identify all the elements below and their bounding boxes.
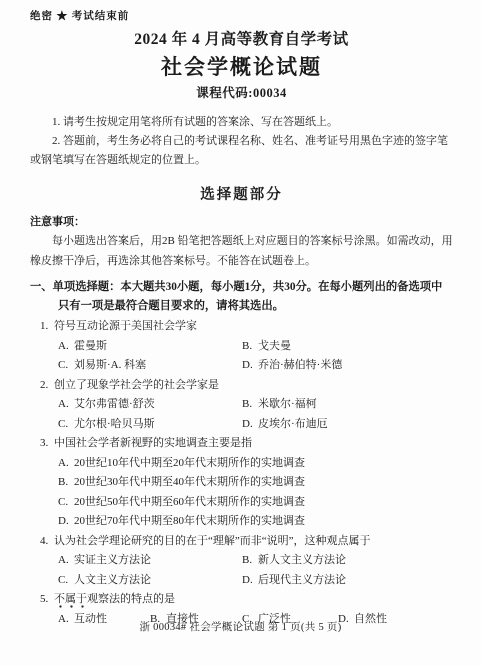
- question-number: 5.: [40, 590, 54, 610]
- question-3: 3.中国社会学者新视野的实地调查主要是指 A.20世纪10年代中期至20年代末期…: [40, 434, 453, 532]
- question-2: 2.创立了现象学社会学的社会学家是 A.艾尔弗雷德·舒茨 B.米歇尔·福柯 C.…: [40, 376, 453, 435]
- option-d: D.后现代主义方法论: [242, 571, 453, 591]
- option-grid: A.20世纪10年代中期至20年代末期所作的实地调查 B.20世纪30年代中期至…: [58, 454, 453, 532]
- section-title: 选择题部分: [30, 183, 453, 204]
- option-c: C.刘易斯·A. 科塞: [58, 356, 242, 376]
- question-stem-emphasized: 不属于: [54, 593, 87, 608]
- option-d: D.20世纪70年代中期至80年代末期所作的实地调查: [58, 512, 453, 532]
- part-one-heading: 一、单项选择题：本大题共30小题，每小题1分，共30分。在每小题列出的备选项中只…: [30, 278, 453, 316]
- exam-subject-title: 社会学概论试题: [30, 51, 453, 81]
- option-grid: A.实证主义方法论 B.新人文主义方法论 C.人文主义方法论 D.后现代主义方法…: [58, 551, 453, 590]
- question-number: 1.: [40, 317, 54, 337]
- page-content: 绝密 ★ 考试结束前 2024 年 4 月高等教育自学考试 社会学概论试题 课程…: [0, 0, 481, 629]
- option-b: B.20世纪30年代中期至40年代末期所作的实地调查: [58, 473, 453, 493]
- option-a: A.实证主义方法论: [58, 551, 242, 571]
- option-a: A.霍曼斯: [58, 337, 242, 357]
- question-list: 1.符号互动论源于美国社会学家 A.霍曼斯 B.戈夫曼 C.刘易斯·A. 科塞 …: [40, 317, 453, 629]
- question-number: 2.: [40, 376, 54, 396]
- question-stem: 观察法的特点的是: [87, 593, 175, 605]
- option-c: C.人文主义方法论: [58, 571, 242, 591]
- page-footer: 浙 00034# 社会学概论试题 第 1 页(共 5 页): [0, 619, 481, 634]
- course-code: 课程代码:00034: [30, 83, 453, 101]
- instruction-2: 2. 答题前，考生务必将自己的考试课程名称、姓名、准考证号用黑色字迹的签字笔或钢…: [30, 132, 453, 170]
- option-d: D.皮埃尔·布迪厄: [242, 415, 453, 435]
- option-d: D.乔治·赫伯特·米德: [242, 356, 453, 376]
- question-stem: 中国社会学者新视野的实地调查主要是指: [54, 437, 252, 449]
- option-b: B.戈夫曼: [242, 337, 453, 357]
- question-1: 1.符号互动论源于美国社会学家 A.霍曼斯 B.戈夫曼 C.刘易斯·A. 科塞 …: [40, 317, 453, 376]
- question-stem: 符号互动论源于美国社会学家: [54, 320, 197, 332]
- part-one-label: 一、单项选择题：: [30, 281, 120, 293]
- question-number: 4.: [40, 532, 54, 552]
- option-grid: A.霍曼斯 B.戈夫曼 C.刘易斯·A. 科塞 D.乔治·赫伯特·米德: [58, 337, 453, 376]
- title-block: 2024 年 4 月高等教育自学考试 社会学概论试题 课程代码:00034: [30, 27, 453, 101]
- option-a: A.20世纪10年代中期至20年代末期所作的实地调查: [58, 454, 453, 474]
- question-stem: 创立了现象学社会学的社会学家是: [54, 379, 219, 391]
- option-b: B.新人文主义方法论: [242, 551, 453, 571]
- question-number: 3.: [40, 434, 54, 454]
- option-c: C.20世纪50年代中期至60年代末期所作的实地调查: [58, 493, 453, 513]
- option-b: B.米歇尔·福柯: [242, 395, 453, 415]
- instruction-1: 1. 请考生按规定用笔将所有试题的答案涂、写在答题纸上。: [30, 113, 453, 132]
- notice-heading: 注意事项：: [30, 213, 453, 232]
- security-classification-label: 绝密 ★ 考试结束前: [30, 8, 453, 23]
- option-c: C.尤尔根·哈贝马斯: [58, 415, 242, 435]
- option-grid: A.艾尔弗雷德·舒茨 B.米歇尔·福柯 C.尤尔根·哈贝马斯 D.皮埃尔·布迪厄: [58, 395, 453, 434]
- question-stem: 认为社会学理论研究的目的在于“理解”而非“说明”，这种观点属于: [54, 535, 371, 547]
- option-a: A.艾尔弗雷德·舒茨: [58, 395, 242, 415]
- notice-body: 每小题选出答案后，用2B 铅笔把答题纸上对应题目的答案标号涂黑。如需改动，用橡皮…: [30, 232, 453, 271]
- exam-paper-page: 绝密 ★ 考试结束前 2024 年 4 月高等教育自学考试 社会学概论试题 课程…: [0, 0, 481, 665]
- question-4: 4.认为社会学理论研究的目的在于“理解”而非“说明”，这种观点属于 A.实证主义…: [40, 532, 453, 591]
- exam-session-title: 2024 年 4 月高等教育自学考试: [30, 27, 453, 49]
